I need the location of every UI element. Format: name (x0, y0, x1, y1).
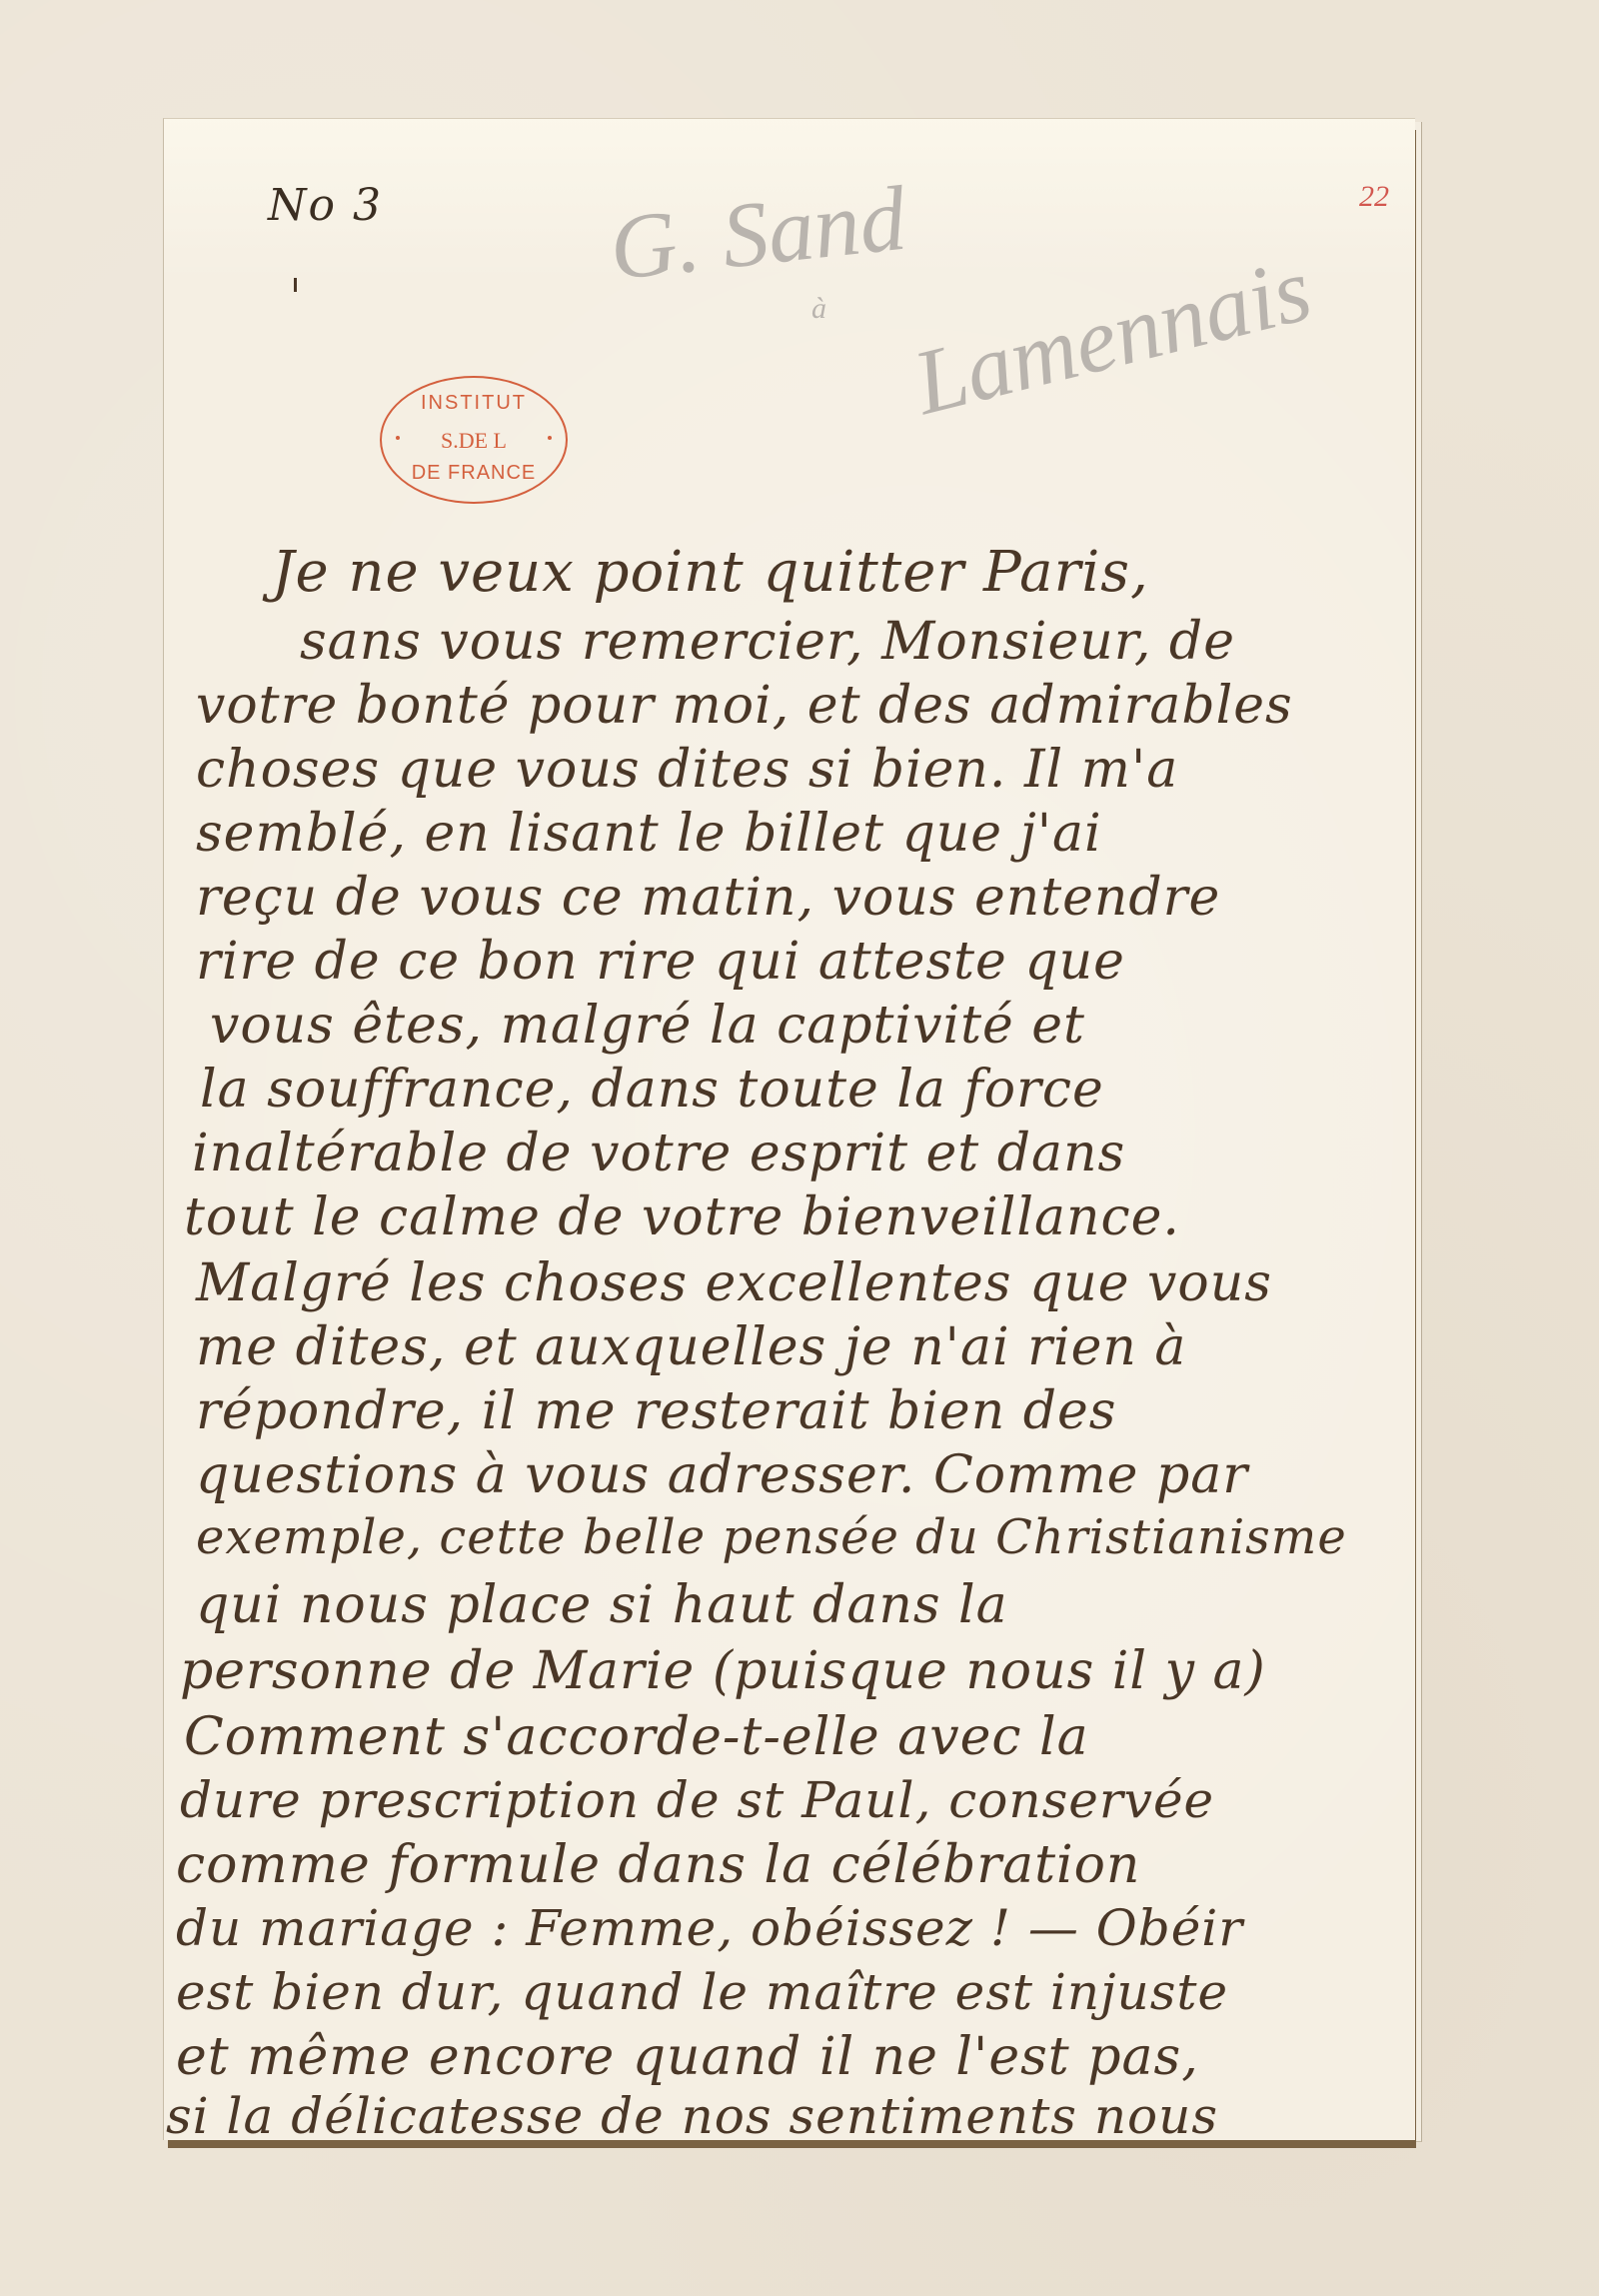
letter-line: du mariage : Femme, obéissez ! — Obéir (176, 1899, 1243, 1957)
folio-label: No 3 (268, 180, 383, 231)
pencil-annotation-connector: à (811, 292, 826, 326)
letter-line: choses que vous dites si bien. Il m'a (196, 740, 1178, 800)
institut-de-france-stamp: INSTITUT S.DE L DE FRANCE (380, 376, 568, 504)
page-number: 22 (1359, 180, 1389, 214)
letter-line: reçu de vous ce matin, vous entendre (196, 868, 1220, 928)
letter-line: la souffrance, dans toute la force (200, 1060, 1104, 1120)
letter-line: Malgré les choses excellentes que vous (196, 1253, 1272, 1313)
letter-line: qui nous place si haut dans la (196, 1575, 1008, 1635)
stamp-dot-right (548, 436, 552, 440)
letter-line: répondre, il me resterait bien des (196, 1381, 1116, 1441)
letter-line: dure prescription de st Paul, conservée (180, 1771, 1214, 1829)
letter-line: exemple, cette belle pensée du Christian… (196, 1509, 1347, 1565)
letter-line: rire de ce bon rire qui atteste que (196, 932, 1125, 992)
letter-line: semblé, en lisant le billet que j'ai (196, 804, 1102, 864)
stamp-top-text: INSTITUT (382, 392, 566, 415)
letter-line: Comment s'accorde-t-elle avec la (184, 1707, 1089, 1767)
letter-line: personne de Marie (puisque nous il y a) (180, 1641, 1266, 1701)
letter-line: inaltérable de votre esprit et dans (192, 1124, 1125, 1183)
letter-line: comme formule dans la célébration (176, 1835, 1140, 1895)
margin-mark (294, 278, 297, 292)
letter-line: et même encore quand il ne l'est pas, (176, 2027, 1199, 2087)
letter-line: vous êtes, malgré la captivité et (210, 996, 1085, 1056)
letter-line: me dites, et auxquelles je n'ai rien à (196, 1317, 1186, 1377)
stamp-middle-text: S.DE L (382, 428, 566, 454)
letter-line: tout le calme de votre bienveillance. (184, 1187, 1180, 1247)
letter-line: sans vous remercier, Monsieur, de (300, 612, 1235, 672)
letter-line: Je ne veux point quitter Paris, (272, 540, 1149, 605)
letter-line: est bien dur, quand le maître est injust… (176, 1963, 1228, 2021)
letter-line: questions à vous adresser. Comme par (196, 1445, 1248, 1505)
stamp-bottom-text: DE FRANCE (382, 462, 566, 485)
letter-line: votre bonté pour moi, et des admirables (196, 676, 1293, 736)
letter-line: si la délicatesse de nos sentiments nous (166, 2087, 1218, 2145)
